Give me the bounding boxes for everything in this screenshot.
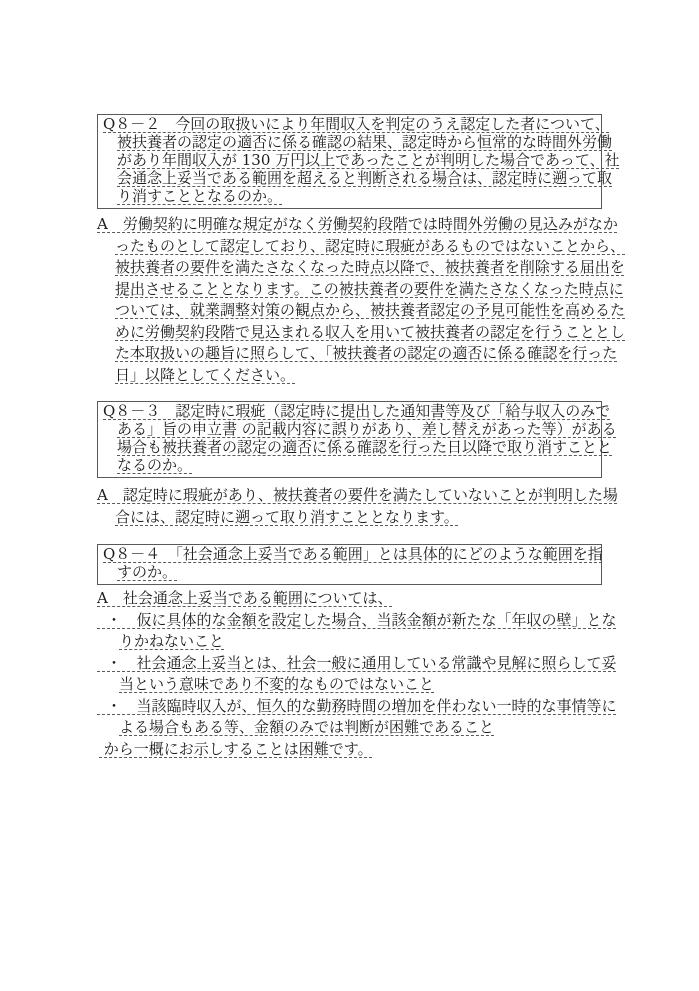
a8-2-line: 被扶養者の要件を満たさなくなった時点以降で、被扶養者を削除する届出を <box>97 257 602 279</box>
answer-q8-2: A 労働契約に明確な規定がなく労働契約段階では時間外労働の見込みがなか ったもの… <box>97 214 602 386</box>
a8-4-bullet-cont-line: 当という意味であり不変的なものではないこと <box>97 674 602 696</box>
q8-4-line: Q８－４ 「社会通念上妥当である範囲」とは具体的にどのような範囲を指 <box>103 545 599 563</box>
a8-4-line: A 社会通念上妥当である範囲については、 <box>97 588 602 610</box>
q8-2-line: り消すこととなるのか。 <box>103 187 599 205</box>
q8-3-line: Q８－３ 認定時に瑕疵（認定時に提出した通知書等及び「給与収入のみで <box>103 402 599 420</box>
qa-content: Q８－２ 今回の取扱いにより年間収入を判定のうえ認定した者について、 被扶養者の… <box>97 114 602 760</box>
a8-2-line: ったものとして認定しており、認定時に瑕疵があるものではないことから、 <box>97 236 602 258</box>
q8-2-line: があり年間収入が 130 万円以上であったことが判明した場合であって、社 <box>103 151 599 169</box>
q8-3-line: ある」旨の申立書 の記載内容に誤りがあり、差し替えがあった等）がある <box>103 420 599 438</box>
a8-3-line: 合には、認定時に遡って取り消すこととなります。 <box>97 507 602 529</box>
answer-q8-3: A 認定時に瑕疵があり、被扶養者の要件を満たしていないことが判明した場 合には、… <box>97 485 602 528</box>
a8-4-bullet-line: ・ 仮に具体的な金額を設定した場合、当該金額が新たな「年収の壁」とな <box>97 610 602 632</box>
a8-4-closing-line: から一概にお示しすることは困難です。 <box>97 739 602 761</box>
answer-q8-4: A 社会通念上妥当である範囲については、 ・ 仮に具体的な金額を設定した場合、当… <box>97 588 602 760</box>
q8-3-line: なるのか。 <box>103 456 599 474</box>
a8-2-line: A 労働契約に明確な規定がなく労働契約段階では時間外労働の見込みがなか <box>97 214 602 236</box>
q8-2-line: Q８－２ 今回の取扱いにより年間収入を判定のうえ認定した者について、 <box>103 115 599 133</box>
document-page: Q８－２ 今回の取扱いにより年間収入を判定のうえ認定した者について、 被扶養者の… <box>0 0 699 991</box>
a8-4-bullet-cont-line: りかねないこと <box>97 631 602 653</box>
a8-4-bullet-line: ・ 当該臨時収入が、恒久的な勤務時間の増加を伴わない一時的な事情等に <box>97 696 602 718</box>
question-box-q8-3: Q８－３ 認定時に瑕疵（認定時に提出した通知書等及び「給与収入のみで ある」旨の… <box>97 401 602 478</box>
q8-2-line: 被扶養者の認定の適否に係る確認の結果、認定時から恒常的な時間外労働 <box>103 133 599 151</box>
a8-3-line: A 認定時に瑕疵があり、被扶養者の要件を満たしていないことが判明した場 <box>97 485 602 507</box>
q8-4-line: すのか。 <box>103 563 599 581</box>
a8-2-line: めに労働契約段階で見込まれる収入を用いて被扶養者の認定を行うこととし <box>97 322 602 344</box>
a8-2-line: た本取扱いの趣旨に照らして、「被扶養者の認定の適否に係る確認を行った <box>97 343 602 365</box>
a8-2-line: ついては、就業調整対策の観点から、被扶養者認定の予見可能性を高めるた <box>97 300 602 322</box>
a8-4-bullet-cont-line: よる場合もある等、金額のみでは判断が困難であること <box>97 717 602 739</box>
a8-4-bullet-line: ・ 社会通念上妥当とは、社会一般に通用している常識や見解に照らして妥 <box>97 653 602 675</box>
a8-2-line: 日」以降としてください。 <box>97 365 602 387</box>
q8-3-line: 場合も被扶養者の認定の適否に係る確認を行った日以降で取り消すことと <box>103 438 599 456</box>
question-box-q8-4: Q８－４ 「社会通念上妥当である範囲」とは具体的にどのような範囲を指 すのか。 <box>97 544 602 585</box>
question-box-q8-2: Q８－２ 今回の取扱いにより年間収入を判定のうえ認定した者について、 被扶養者の… <box>97 114 602 209</box>
q8-2-line: 会通念上妥当である範囲を超えると判断される場合は、認定時に遡って取 <box>103 169 599 187</box>
a8-2-line: 提出させることとなります。この被扶養者の要件を満たさなくなった時点に <box>97 279 602 301</box>
